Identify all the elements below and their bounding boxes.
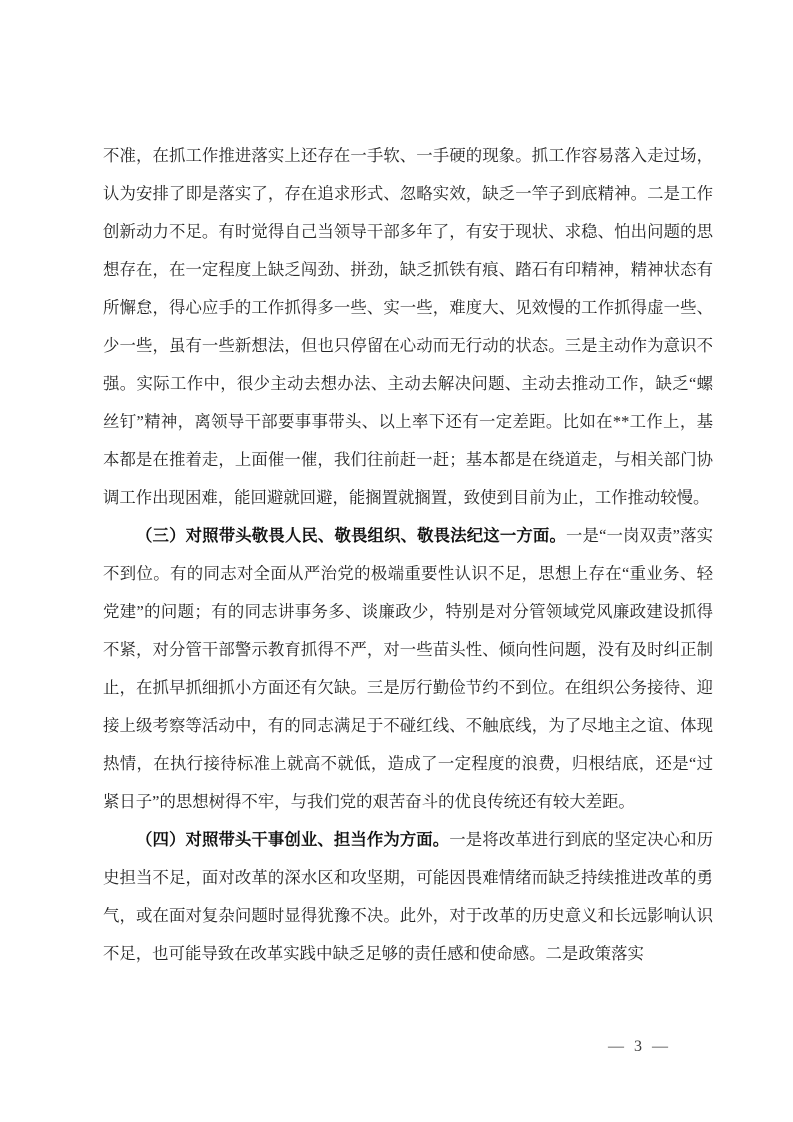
section-4-heading: （四）对照带头干事创业、担当作为方面。 — [136, 830, 449, 849]
paragraph-text: 不准，在抓工作推进落实上还存在一手软、一手硬的现象。抓工作容易落入走过场，认为安… — [103, 146, 713, 507]
page-number: — 3 — — [608, 1038, 671, 1056]
document-page: 不准，在抓工作推进落实上还存在一手软、一手硬的现象。抓工作容易落入走过场，认为安… — [0, 0, 793, 1122]
paragraph-continuation: 不准，在抓工作推进落实上还存在一手软、一手硬的现象。抓工作容易落入走过场，认为安… — [103, 137, 713, 517]
paragraph-section-3: （三）对照带头敬畏人民、敬畏组织、敬畏法纪这一方面。一是“一岗双责”落实不到位。… — [103, 517, 713, 821]
paragraph-section-4: （四）对照带头干事创业、担当作为方面。一是将改革进行到底的坚定决心和历史担当不足… — [103, 821, 713, 973]
paragraph-text: 一是“一岗双责”落实不到位。有的同志对全面从严治党的极端重要性认识不足，思想上存… — [103, 526, 713, 811]
paragraph-text: 一是将改革进行到底的坚定决心和历史担当不足，面对改革的深水区和攻坚期，可能因畏难… — [103, 830, 713, 963]
document-body: 不准，在抓工作推进落实上还存在一手软、一手硬的现象。抓工作容易落入走过场，认为安… — [103, 137, 713, 973]
section-3-heading: （三）对照带头敬畏人民、敬畏组织、敬畏法纪这一方面。 — [136, 526, 566, 545]
